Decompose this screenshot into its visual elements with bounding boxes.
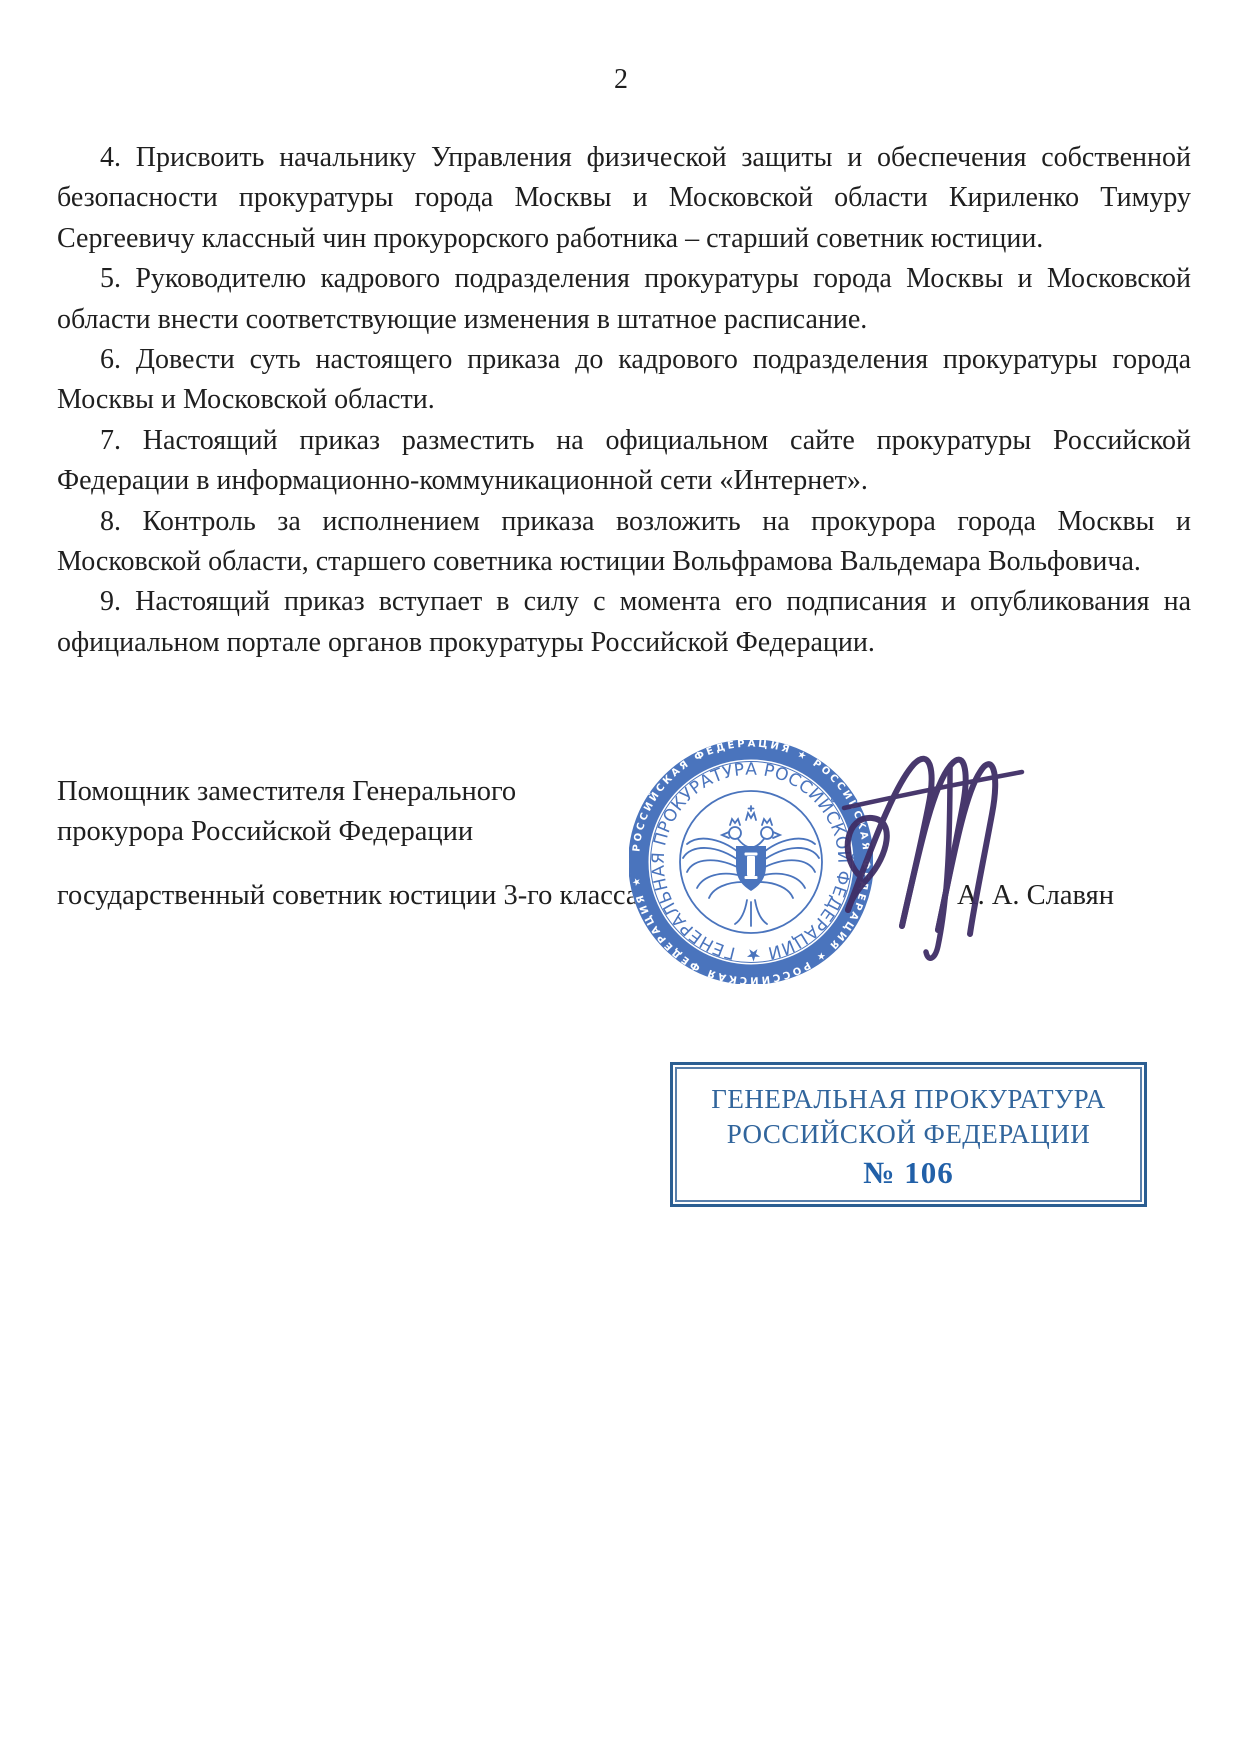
page-number: 2 <box>0 64 1242 96</box>
paragraph-5: 5. Руководителю кадрового подразделения … <box>57 259 1191 340</box>
document-page: 2 4. Присвоить начальнику Управления физ… <box>0 0 1242 1755</box>
handwritten-signature <box>838 678 1048 973</box>
paragraph-6: 6. Довести суть настоящего приказа до ка… <box>57 340 1191 421</box>
signer-position: Помощник заместителя Генерального прокур… <box>57 772 516 852</box>
signer-position-line2: прокурора Российской Федерации <box>57 812 516 852</box>
order-paragraphs: 4. Присвоить начальнику Управления физич… <box>57 138 1191 663</box>
stamp-order-number: № 106 <box>673 1154 1144 1192</box>
prosecutor-general-seal: РОССИЙСКАЯ ФЕДЕРАЦИЯ ★ РОССИЙСКАЯ ФЕДЕРА… <box>629 740 873 984</box>
signer-rank: государственный советник юстиции 3-го кл… <box>57 880 639 911</box>
paragraph-7: 7. Настоящий приказ разместить на официа… <box>57 421 1191 502</box>
stamp-org-line2: РОССИЙСКОЙ ФЕДЕРАЦИИ <box>673 1117 1144 1152</box>
registration-stamp: ГЕНЕРАЛЬНАЯ ПРОКУРАТУРА РОССИЙСКОЙ ФЕДЕР… <box>670 1062 1147 1207</box>
stamp-org-line1: ГЕНЕРАЛЬНАЯ ПРОКУРАТУРА <box>673 1082 1144 1117</box>
paragraph-4: 4. Присвоить начальнику Управления физич… <box>57 138 1191 259</box>
paragraph-9: 9. Настоящий приказ вступает в силу с мо… <box>57 582 1191 663</box>
paragraph-8: 8. Контроль за исполнением приказа возло… <box>57 502 1191 583</box>
signature-strokes <box>838 678 1048 973</box>
seal-graphic: РОССИЙСКАЯ ФЕДЕРАЦИЯ ★ РОССИЙСКАЯ ФЕДЕРА… <box>629 740 873 984</box>
signer-position-line1: Помощник заместителя Генерального <box>57 772 516 812</box>
